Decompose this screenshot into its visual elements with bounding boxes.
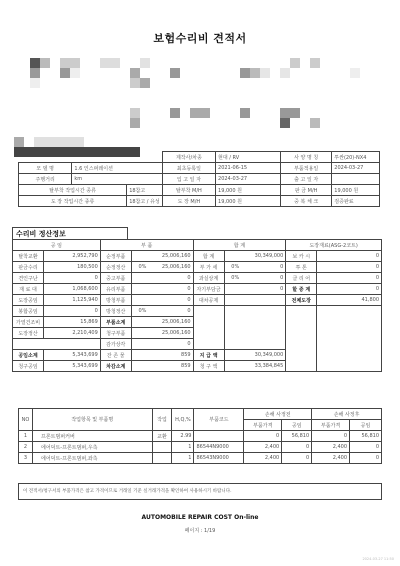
vehicle-value: 검증완료 [332, 196, 380, 207]
vehicle-value: 18참고 [127, 185, 163, 196]
name-header: 작업항목 및 부품명 [32, 409, 152, 431]
settlement-row: 판금수리 180,500 순정정산 0% 25,006,160 부 가 세 0%… [13, 262, 382, 273]
item-work [152, 453, 172, 464]
settlement-row: 견인구난 0 중고부품 0 과실상계 0% 0 클 리 어 0 [13, 273, 382, 284]
parts-value: 25,006,160 [153, 262, 193, 273]
total-value [224, 295, 286, 306]
parts-value: 25,006,160 [131, 251, 193, 262]
print-timestamp: 2024-03-27 11:50 [362, 557, 394, 561]
settlement-row: 가열건조비 15,869 부품소계 25,006,160 [13, 317, 382, 328]
redacted-cell [19, 152, 163, 163]
empty-cell [286, 317, 317, 328]
item-row: 3 에어덕트-프론트범퍼,좌측 1 86543N9000 2,400 0 2,4… [19, 453, 382, 464]
empty-cell [286, 339, 317, 372]
empty-cell [224, 306, 286, 317]
vehicle-row: 도 장 작업시간 종류 18참고 / 유성 도 장 M/H 19,000 원 중… [19, 196, 380, 207]
empty-cell [286, 328, 317, 339]
vehicle-label: 출 고 일 자 [281, 174, 332, 185]
no-header: NO [19, 409, 33, 431]
total-label: 지 급 액 [193, 350, 224, 361]
parts-value: 0 [131, 295, 193, 306]
item-code: 86544N9000 [194, 442, 244, 453]
item-name: 에어덕트-프론트범퍼,우측 [32, 442, 152, 453]
settlement-row: 도장정산 2,210,409 청구부품 25,006,160 [13, 328, 382, 339]
settlement-section-title: 수리비 정산정보 [12, 227, 128, 239]
vehicle-label: 주행거리 [19, 174, 72, 185]
labor-value: 15,869 [43, 317, 100, 328]
item-before-labor: 0 [282, 453, 312, 464]
total-value: 30,349,000 [224, 350, 286, 361]
vehicle-label: 판 금 M/H [281, 185, 332, 196]
parts-value: 25,006,160 [131, 328, 193, 339]
parts-pct: 0% [131, 306, 153, 317]
paint-label: 전체도장 [286, 295, 317, 306]
paint-label: 투 톤 [286, 262, 317, 273]
item-before-part: 2,400 [244, 442, 282, 453]
parts-label: 차감소계 [100, 361, 131, 372]
labor-label: 청구공임 [13, 361, 44, 372]
labor-value: 0 [43, 273, 100, 284]
parts-pct: 0% [131, 262, 153, 273]
vehicle-value: 2024-03-27 [216, 174, 281, 185]
parts-value: 0 [131, 284, 193, 295]
item-after-labor: 56,810 [350, 431, 382, 442]
before-header: 손해 사정전 [244, 409, 312, 420]
vehicle-label: 입 고 일 자 [162, 174, 215, 185]
settlement-row: 감가상각 0 [13, 339, 382, 350]
item-row: 1 프론트범퍼커버 교환 2.99 0 56,810 0 56,810 [19, 431, 382, 442]
total-pct: 0% [224, 262, 246, 273]
labor-label: 공임소계 [13, 350, 44, 361]
parts-value: 0 [153, 306, 193, 317]
parts-label: 감가상각 [100, 339, 131, 350]
total-value: 0 [246, 273, 286, 284]
paint-value: 0 [317, 284, 382, 295]
vehicle-value: 18참고 / 유성 [127, 196, 163, 207]
parts-label: 방청정산 [100, 306, 131, 317]
parts-label: 잔 존 물 [100, 350, 131, 361]
vehicle-value: 19,000 원 [216, 196, 281, 207]
vehicle-label: 모 델 명 [19, 163, 72, 174]
vehicle-row: 주행거리 km 입 고 일 자 2024-03-27 출 고 일 자 [19, 174, 380, 185]
parts-value: 0 [131, 273, 193, 284]
total-pct: 0% [224, 273, 246, 284]
item-name: 에어덕트-프론트범퍼,좌측 [32, 453, 152, 464]
item-before-labor: 56,810 [282, 431, 312, 442]
paint-label: 보 카 시 [286, 251, 317, 262]
price-notice: 이 견적서/청구서의 부품가격은 참고 가격이므로 거래일 기준 실거래가격을 … [18, 483, 382, 500]
parts-label: 순정부품 [100, 251, 131, 262]
before-labor-header: 공임 [282, 420, 312, 431]
item-no: 3 [19, 453, 33, 464]
footer-brand: AUTOMOBILE REPAIR COST On-line [0, 514, 400, 521]
item-after-part: 2,400 [312, 453, 350, 464]
labor-value: 1,125,940 [43, 295, 100, 306]
total-value: 30,349,000 [224, 251, 286, 262]
total-label: 대차공제 [193, 295, 224, 306]
settlement-table: 공 임 부 품 합 계 도장재료(ASG-2코트) 탈착교환 2,952,790… [12, 239, 382, 372]
labor-label: 재 료 대 [13, 284, 44, 295]
before-part-price-header: 부품가격 [244, 420, 282, 431]
labor-header: 공 임 [13, 240, 101, 251]
total-label: 합 계 [193, 251, 224, 262]
labor-label: 견인구난 [13, 273, 44, 284]
empty-cell [193, 339, 224, 350]
labor-value: 1,068,600 [43, 284, 100, 295]
item-code: 86543N9000 [194, 453, 244, 464]
vehicle-row: 제작사/차종 현대 / RV 사 양 명 칭 투싼(20)-NX4 [19, 152, 380, 163]
labor-value: 2,210,409 [43, 328, 100, 339]
page-number: 페이지 : 1/19 [0, 527, 400, 534]
after-header: 손해 사정후 [312, 409, 382, 420]
item-hqp: 1 [172, 442, 194, 453]
labor-label: 도장정산 [13, 328, 44, 339]
paint-value: 0 [317, 251, 382, 262]
labor-label: 가열건조비 [13, 317, 44, 328]
total-value: 0 [224, 284, 286, 295]
labor-label: 도장공임 [13, 295, 44, 306]
vehicle-value: 1.6 인스퍼레이션 [72, 163, 162, 174]
settlement-row: 재 료 대 1,068,600 유리부품 0 자기부담금 0 할 증 계 0 [13, 284, 382, 295]
paint-value: 41,800 [317, 295, 382, 306]
item-work [152, 442, 172, 453]
parts-value: 859 [131, 350, 193, 361]
paint-label: 클 리 어 [286, 273, 317, 284]
total-header: 합 계 [193, 240, 286, 251]
parts-header: 부 품 [100, 240, 193, 251]
labor-value: 5,343,699 [43, 361, 100, 372]
vehicle-info-table: 제작사/차종 현대 / RV 사 양 명 칭 투싼(20)-NX4 모 델 명 … [18, 151, 380, 207]
vehicle-value: 19,000 원 [216, 185, 281, 196]
document-title: 보험수리비 견적서 [0, 30, 400, 46]
settlement-row: 도장공임 1,125,940 방청부품 0 대차공제 전체도장 41,800 [13, 295, 382, 306]
total-label: 자기부담금 [193, 284, 224, 295]
empty-cell [317, 306, 382, 317]
empty-cell [193, 317, 224, 328]
items-header-row: NO 작업항목 및 부품명 작업 H,Q,% 부품코드 손해 사정전 손해 사정… [19, 409, 382, 420]
labor-label: 탈착교환 [13, 251, 44, 262]
vehicle-value: 2021-06-15 [216, 163, 281, 174]
empty-cell [317, 317, 382, 328]
paint-label: 할 증 계 [286, 284, 317, 295]
item-row: 2 에어덕트-프론트범퍼,우측 1 86544N9000 2,400 0 2,4… [19, 442, 382, 453]
paint-value: 0 [317, 262, 382, 273]
parts-value: 0 [131, 339, 193, 350]
after-part-price-header: 부품가격 [312, 420, 350, 431]
vehicle-label: 최초등록일 [162, 163, 215, 174]
vehicle-value: 현대 / RV [216, 152, 281, 163]
vehicle-value: 2024-03-27 [332, 163, 380, 174]
vehicle-value: 19,000 원 [332, 185, 380, 196]
parts-label: 유리부품 [100, 284, 131, 295]
parts-label: 중고부품 [100, 273, 131, 284]
empty-cell [286, 306, 317, 317]
hqp-header: H,Q,% [172, 409, 194, 431]
labor-value: 180,500 [43, 262, 100, 273]
parts-label: 부품소계 [100, 317, 131, 328]
labor-label: 판금수리 [13, 262, 44, 273]
labor-value: 0 [43, 306, 100, 317]
item-no: 1 [19, 431, 33, 442]
total-value: 0 [246, 262, 286, 273]
vehicle-value [332, 174, 380, 185]
vehicle-row: 탈부착 작업시간 종류 18참고 탈부착 M/H 19,000 원 판 금 M/… [19, 185, 380, 196]
after-labor-header: 공임 [350, 420, 382, 431]
item-code [194, 431, 244, 442]
vehicle-label: 도 장 M/H [162, 196, 215, 207]
item-after-labor: 0 [350, 442, 382, 453]
estimate-page: 보험수리비 견적서 [0, 0, 400, 566]
empty-cell [224, 317, 286, 328]
settlement-row: 탈착교환 2,952,790 순정부품 25,006,160 합 계 30,34… [13, 251, 382, 262]
parts-label: 순정정산 [100, 262, 131, 273]
parts-label: 청구부품 [100, 328, 131, 339]
empty-cell [13, 339, 101, 350]
labor-label: 봉합공임 [13, 306, 44, 317]
labor-value: 5,343,699 [43, 350, 100, 361]
vehicle-label: 탈부착 작업시간 종류 [19, 185, 127, 196]
vehicle-value: km [72, 174, 162, 185]
item-before-labor: 0 [282, 442, 312, 453]
vehicle-label: 중 복 체 크 [281, 196, 332, 207]
code-header: 부품코드 [194, 409, 244, 431]
vehicle-label: 부품적용일 [281, 163, 332, 174]
vehicle-row: 모 델 명 1.6 인스퍼레이션 최초등록일 2021-06-15 부품적용일 … [19, 163, 380, 174]
item-before-part: 0 [244, 431, 282, 442]
item-hqp: 2.99 [172, 431, 194, 442]
items-table: NO 작업항목 및 부품명 작업 H,Q,% 부품코드 손해 사정전 손해 사정… [18, 408, 382, 464]
item-after-part: 2,400 [312, 442, 350, 453]
parts-value: 859 [131, 361, 193, 372]
work-header: 작업 [152, 409, 172, 431]
item-name: 프론트범퍼커버 [32, 431, 152, 442]
total-label: 청 구 액 [193, 361, 224, 372]
item-no: 2 [19, 442, 33, 453]
vehicle-label: 탈부착 M/H [162, 185, 215, 196]
vehicle-value: 투싼(20)-NX4 [332, 152, 380, 163]
labor-value: 2,952,790 [43, 251, 100, 262]
empty-cell [224, 328, 286, 339]
parts-label: 방청부품 [100, 295, 131, 306]
item-after-labor: 0 [350, 453, 382, 464]
parts-value: 25,006,160 [131, 317, 193, 328]
item-hqp: 1 [172, 453, 194, 464]
empty-cell [317, 328, 382, 339]
item-after-part: 0 [312, 431, 350, 442]
settlement-row: 봉합공임 0 방청정산 0% 0 [13, 306, 382, 317]
paint-value: 0 [317, 273, 382, 284]
item-before-part: 2,400 [244, 453, 282, 464]
empty-cell [317, 339, 382, 372]
total-value: 33,384,845 [224, 361, 286, 372]
total-label: 과실상계 [193, 273, 224, 284]
settlement-header-row: 공 임 부 품 합 계 도장재료(ASG-2코트) [13, 240, 382, 251]
paint-header: 도장재료(ASG-2코트) [286, 240, 382, 251]
empty-cell [224, 339, 286, 350]
empty-cell [193, 328, 224, 339]
total-label: 부 가 세 [193, 262, 224, 273]
empty-cell [193, 306, 224, 317]
vehicle-label: 도 장 작업시간 종류 [19, 196, 127, 207]
vehicle-label: 사 양 명 칭 [281, 152, 332, 163]
vehicle-label: 제작사/차종 [162, 152, 215, 163]
item-work: 교환 [152, 431, 172, 442]
